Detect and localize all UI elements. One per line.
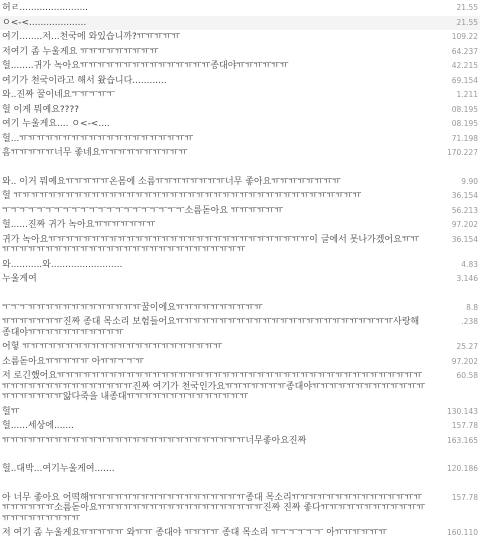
- comment-row: 헐ㅠ 130.143: [0, 405, 480, 420]
- comment-timestamp: 69.154: [436, 76, 478, 87]
- comment-timestamp: 3.146: [436, 274, 478, 285]
- comment-text: 여기 누울게요.... ㅇ<-<....: [2, 119, 436, 130]
- comment-row: 저 여기 좀 누울게요ㅠㅠㅠㅠㅠ 와ㅠㅠ 종대야 ㅠㅠㅠㅠ 종대 목소리 ㅠㅜㅜ…: [0, 526, 480, 541]
- comment-text: ㅜㅜㅜㅠㅠㅠㅠㅠㅠㅠㅠㅠㅠㅠㅠㅠ꿀이에요ㅠㅠㅠㅠㅠㅠㅠㅠㅠㅠ: [2, 303, 436, 314]
- comment-row: 와.. 이거 뭐예요ㅠㅠㅠㅠㅠ온몸에 소름ㅠㅠㅠㅠㅠㅠㅠㅠ너무 좋아요ㅠㅠㅠㅠㅠ…: [0, 175, 480, 190]
- comment-timestamp: 21.55: [436, 18, 478, 29]
- comment-timestamp: 36.154: [436, 191, 478, 202]
- comment-row: [0, 287, 480, 301]
- comment-timestamp: 71.198: [436, 134, 478, 145]
- comment-timestamp: 42.215: [436, 61, 478, 72]
- comment-text: 허ㄹ........................: [2, 3, 436, 14]
- comment-timestamp: 97.202: [436, 220, 478, 231]
- comment-text: 저 로긴했어요ㅠㅠㅠㅠㅠㅠㅠㅠㅠㅠㅠㅠㅠㅠㅠㅠㅠㅠㅠㅠㅠㅠㅠㅠㅠㅠㅠㅠㅠㅠㅠㅠㅠ…: [2, 371, 436, 403]
- comment-timestamp: 157.78: [436, 493, 478, 504]
- comment-row: 헐...ㅠㅠㅠㅠㅠㅠㅠㅠㅠㅠㅠㅠㅠㅠㅠㅠㅠㅠㅠㅠ 71.198: [0, 132, 480, 147]
- comment-timestamp: .238: [436, 317, 478, 328]
- comment-row: ㅜㅜㅜㅠㅠㅠㅠㅠㅠㅠㅠㅠㅠㅠㅠㅠ꿀이에요ㅠㅠㅠㅠㅠㅠㅠㅠㅠㅠ 8.8: [0, 301, 480, 316]
- comment-text: ㅠㅠㅠㅠㅠㅠㅠ진짜 종대 목소리 보험들어요ㅠㅠㅠㅠㅠㅠㅠㅠㅠㅠㅠㅠㅠㅠㅠㅠㅠㅠ…: [2, 317, 436, 338]
- comment-text: 소름돋아요ㅠㅠㅠㅠㅠ 아ㅠㅠㅜㅜㅠ: [2, 357, 436, 368]
- comment-text: ㅇ<-<....................: [2, 18, 436, 29]
- comment-timestamp: 1.211: [436, 90, 478, 101]
- comment-row: 어헣 ㅠㅠㅠㅠㅠㅠㅠㅠㅠㅠㅠㅠㅠㅠㅠㅠㅠㅠㅠㅠㅠㅠㅠ 25.27: [0, 340, 480, 355]
- comment-timestamp: 97.202: [436, 357, 478, 368]
- comment-timestamp: 56.213: [436, 206, 478, 217]
- comment-text: 여기........저...천국에 와있습니까?ㅠㅠㅠㅠㅠ: [2, 32, 436, 43]
- comment-timestamp: 170.227: [436, 148, 478, 159]
- comment-row: 누울게여 3.146: [0, 272, 480, 287]
- comment-text: 귀가 녹아요ㅠㅠㅠㅠㅠㅠㅠㅠㅠㅠㅠㅠㅠㅠㅠㅠㅠㅠㅠㅠㅠㅠㅠㅠㅠㅠㅠㅠㅠㅠ이 글에…: [2, 235, 436, 256]
- comment-row: 흠ㅠㅠㅠㅠㅠ너무 좋네요ㅠㅠㅠㅠㅠㅠㅠㅠㅠㅠ 170.227: [0, 146, 480, 161]
- comment-row: 헐 ㅠㅠㅠㅠㅠㅠㅠㅠㅠㅠㅠㅠㅠㅠㅠㅠㅠㅠㅠㅠㅠㅠㅠㅠㅠㅠㅠㅠㅠㅠㅠㅠㅠㅠㅠㅠㅠㅠ…: [0, 189, 480, 204]
- comment-timestamp: 4.83: [436, 260, 478, 271]
- comment-timestamp: 157.78: [436, 421, 478, 432]
- comment-row: 여기가 천국이라고 해서 왔습니다............ 69.154: [0, 74, 480, 89]
- comment-timestamp: 109.22: [436, 32, 478, 43]
- comment-timestamp: 36.154: [436, 235, 478, 246]
- comment-row: ㅠㅠㅠㅠㅠㅠㅠㅠㅠㅠㅠㅠㅠㅠㅠㅠㅠㅠㅠㅠㅠㅠㅠㅠㅠㅠㅠㅠ너무좋아요진짜 163.…: [0, 434, 480, 449]
- comment-row: 헐..대박...여기누울게여....... 120.186: [0, 462, 480, 477]
- comment-row: 헐......세상에....... 157.78: [0, 419, 480, 434]
- comment-row: 와...........와......................... 4…: [0, 258, 480, 273]
- comment-row: 여기........저...천국에 와있습니까?ㅠㅠㅠㅠㅠ 109.22: [0, 30, 480, 45]
- comment-timestamp: 120.186: [436, 464, 478, 475]
- comment-row: [0, 477, 480, 491]
- comment-text: 여기가 천국이라고 해서 왔습니다............: [2, 76, 436, 87]
- comment-text: 헐......진짜 귀가 녹아요ㅠㅠㅠㅠㅠㅠㅠ: [2, 220, 436, 231]
- comment-timestamp: 25.27: [436, 342, 478, 353]
- comment-row: 저여기 좀 누울게요 ㅠㅠㅠㅠㅠㅠㅠㅠㅠ 64.237: [0, 45, 480, 60]
- comment-row: [0, 161, 480, 175]
- comment-text: ㅠㅠㅠㅠㅠㅠㅠㅠㅠㅠㅠㅠㅠㅠㅠㅠㅠㅠㅠㅠㅠㅠㅠㅠㅠㅠㅠㅠ너무좋아요진짜: [2, 436, 436, 447]
- comment-row: 헐......진짜 귀가 녹아요ㅠㅠㅠㅠㅠㅠㅠ 97.202: [0, 218, 480, 233]
- comment-timestamp: 60.58: [436, 371, 478, 382]
- comment-row: 헐........귀가 녹아요ㅠㅠㅠㅠㅠㅠㅠㅠㅠㅠㅠㅠㅠㅠㅠ종대야ㅠㅠㅠㅠㅠㅠ …: [0, 59, 480, 74]
- comment-row: 저 로긴했어요ㅠㅠㅠㅠㅠㅠㅠㅠㅠㅠㅠㅠㅠㅠㅠㅠㅠㅠㅠㅠㅠㅠㅠㅠㅠㅠㅠㅠㅠㅠㅠㅠㅠ…: [0, 369, 480, 405]
- comment-text: 와...........와.........................: [2, 260, 436, 271]
- comment-timestamp: 130.143: [436, 407, 478, 418]
- comment-row: 와..진짜 꿀이네요ㅜㅠㅜㅠㅜ 1.211: [0, 88, 480, 103]
- comment-text: 헐 이게 뭐예요????: [2, 105, 436, 116]
- comment-row: 귀가 녹아요ㅠㅠㅠㅠㅠㅠㅠㅠㅠㅠㅠㅠㅠㅠㅠㅠㅠㅠㅠㅠㅠㅠㅠㅠㅠㅠㅠㅠㅠㅠ이 글에…: [0, 233, 480, 258]
- comment-text: 헐...ㅠㅠㅠㅠㅠㅠㅠㅠㅠㅠㅠㅠㅠㅠㅠㅠㅠㅠㅠㅠ: [2, 134, 436, 145]
- comment-text: 저여기 좀 누울게요 ㅠㅠㅠㅠㅠㅠㅠㅠㅠ: [2, 47, 436, 58]
- comment-text: 헐........귀가 녹아요ㅠㅠㅠㅠㅠㅠㅠㅠㅠㅠㅠㅠㅠㅠㅠ종대야ㅠㅠㅠㅠㅠㅠ: [2, 61, 436, 72]
- comment-row: ㅇ<-<.................... 21.55: [0, 16, 480, 31]
- comment-row: ㅜㅜㅜㅜㅜㅜㅜㅜㅜㅜㅜㅜㅜㅜㅜㅜㅜㅜㅜㅜㅜ소름돋아요 ㅠㅠㅠㅠㅠㅠ 56.213: [0, 204, 480, 219]
- comment-row: 소름돋아요ㅠㅠㅠㅠㅠ 아ㅠㅠㅜㅜㅠ 97.202: [0, 355, 480, 370]
- comment-text: 와..진짜 꿀이네요ㅜㅠㅜㅠㅜ: [2, 90, 436, 101]
- comment-timestamp: 08.195: [436, 119, 478, 130]
- comment-text: 와.. 이거 뭐예요ㅠㅠㅠㅠㅠ온몸에 소름ㅠㅠㅠㅠㅠㅠㅠㅠ너무 좋아요ㅠㅠㅠㅠㅠ…: [2, 177, 436, 188]
- comment-text: 아 너무 좋아요 어떡해ㅠㅠㅠㅠㅠㅠㅠㅠㅠㅠㅠㅠㅠㅠㅠㅠㅠㅠ종대 목소리ㅠㅠㅠㅠ…: [2, 493, 436, 525]
- comment-row: [0, 448, 480, 462]
- comment-timestamp: 160.110: [436, 528, 478, 539]
- comment-timestamp: 21.55: [436, 3, 478, 14]
- comment-timestamp: 64.237: [436, 47, 478, 58]
- comment-text: 어헣 ㅠㅠㅠㅠㅠㅠㅠㅠㅠㅠㅠㅠㅠㅠㅠㅠㅠㅠㅠㅠㅠㅠㅠ: [2, 342, 436, 353]
- comment-text: 헐..대박...여기누울게여.......: [2, 464, 436, 475]
- comment-text: ㅜㅜㅜㅜㅜㅜㅜㅜㅜㅜㅜㅜㅜㅜㅜㅜㅜㅜㅜㅜㅜ소름돋아요 ㅠㅠㅠㅠㅠㅠ: [2, 206, 436, 217]
- comment-row: 아 너무 좋아요 어떡해ㅠㅠㅠㅠㅠㅠㅠㅠㅠㅠㅠㅠㅠㅠㅠㅠㅠㅠ종대 목소리ㅠㅠㅠㅠ…: [0, 491, 480, 527]
- comment-text: 헐......세상에.......: [2, 421, 436, 432]
- comment-row: 허ㄹ........................ 21.55: [0, 1, 480, 16]
- comment-text: 저 여기 좀 누울게요ㅠㅠㅠㅠㅠ 와ㅠㅠ 종대야 ㅠㅠㅠㅠ 종대 목소리 ㅠㅜㅜ…: [2, 528, 436, 539]
- comment-text: 흠ㅠㅠㅠㅠㅠ너무 좋네요ㅠㅠㅠㅠㅠㅠㅠㅠㅠㅠ: [2, 148, 436, 159]
- comment-timestamp: 8.8: [436, 303, 478, 314]
- comment-timestamp: 9.90: [436, 177, 478, 188]
- comment-text: 누울게여: [2, 274, 436, 285]
- comment-timestamp: 163.165: [436, 436, 478, 447]
- comment-text: 헐ㅠ: [2, 407, 436, 418]
- comment-timestamp: 08.195: [436, 105, 478, 116]
- comment-text: 헐 ㅠㅠㅠㅠㅠㅠㅠㅠㅠㅠㅠㅠㅠㅠㅠㅠㅠㅠㅠㅠㅠㅠㅠㅠㅠㅠㅠㅠㅠㅠㅠㅠㅠㅠㅠㅠㅠㅠ…: [2, 191, 436, 202]
- comment-row: 여기 누울게요.... ㅇ<-<.... 08.195: [0, 117, 480, 132]
- comment-list: 허ㄹ........................ 21.55 ㅇ<-<...…: [0, 0, 480, 541]
- comment-row: ㅠㅠㅠㅠㅠㅠㅠ진짜 종대 목소리 보험들어요ㅠㅠㅠㅠㅠㅠㅠㅠㅠㅠㅠㅠㅠㅠㅠㅠㅠㅠ…: [0, 315, 480, 340]
- comment-row: 헐 이게 뭐예요???? 08.195: [0, 103, 480, 118]
